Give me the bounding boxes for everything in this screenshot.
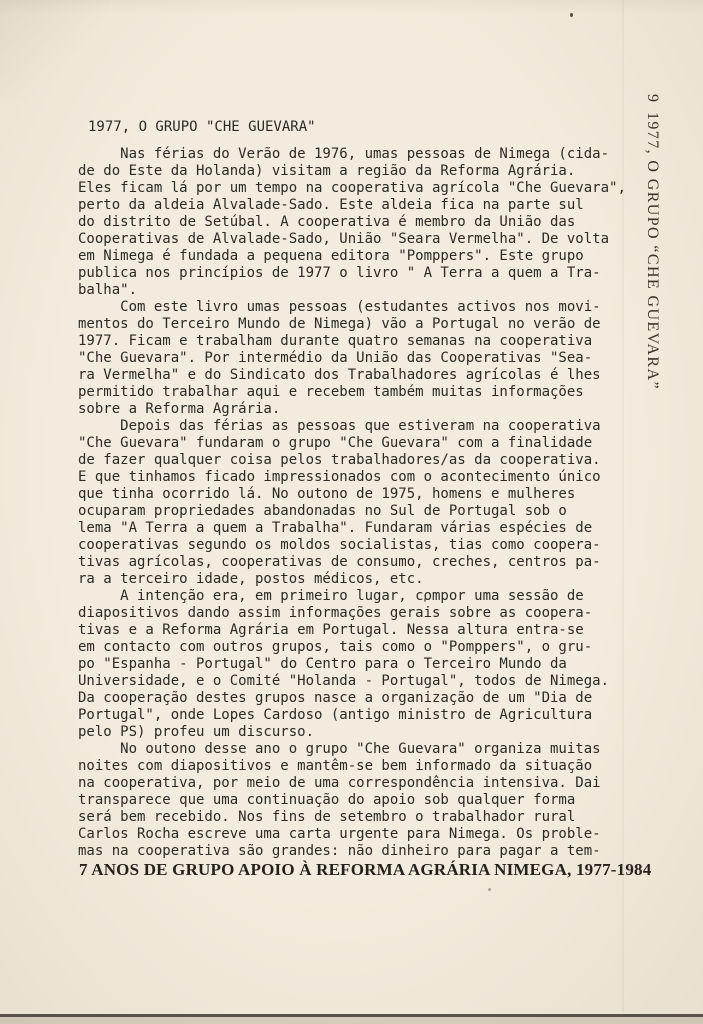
text-line: sobre a Reforma Agrária. bbox=[78, 401, 653, 418]
text-line: de fazer qualquer coisa pelos trabalhado… bbox=[78, 452, 653, 469]
text-line: publica nos princípios de 1977 o livro "… bbox=[78, 265, 653, 282]
text-line: Eles ficam lá por um tempo na cooperativ… bbox=[78, 180, 653, 197]
vertical-running-header: 91977, O GRUPO “CHE GUEVARA” bbox=[643, 94, 661, 654]
scanner-background-strip bbox=[0, 1017, 703, 1024]
scan-speck bbox=[488, 888, 491, 891]
text-line: tivas agrícolas, cooperativas de consumo… bbox=[78, 554, 653, 571]
text-line: Da cooperação destes grupos nasce a orga… bbox=[78, 690, 653, 707]
page-title: 1977, O GRUPO "CHE GUEVARA" bbox=[88, 119, 316, 136]
text-line: Depois das férias as pessoas que estiver… bbox=[78, 418, 653, 435]
text-line: perto da aldeia Alvalade-Sado. Este alde… bbox=[78, 197, 653, 214]
sidebar-running-title: 1977, O GRUPO “CHE GUEVARA” bbox=[644, 112, 661, 390]
text-line: em contacto com outros grupos, tais como… bbox=[78, 639, 653, 656]
text-line: será bem recebido. Nos fins de setembro … bbox=[78, 809, 653, 826]
text-line: cooperativas segundo os moldos socialist… bbox=[78, 537, 653, 554]
text-line: pelo PS) profeu um discurso. bbox=[78, 724, 653, 741]
text-line: A intenção era, em primeiro lugar, compo… bbox=[78, 588, 653, 605]
text-line: Universidade, e o Comité "Holanda - Port… bbox=[78, 673, 653, 690]
text-line: ocuparam propriedades abandonadas no Sul… bbox=[78, 503, 653, 520]
text-line: na cooperativa, por meio de uma correspo… bbox=[78, 775, 653, 792]
text-line: transparece que uma continuação do apoio… bbox=[78, 792, 653, 809]
scan-speck bbox=[424, 598, 426, 602]
text-line: Portugal", onde Lopes Cardoso (antigo mi… bbox=[78, 707, 653, 724]
footer-running-title: 7 ANOS DE GRUPO APOIO À REFORMA AGRÁRIA … bbox=[79, 860, 639, 880]
text-line: ra a terceiro idade, postos médicos, etc… bbox=[78, 571, 653, 588]
text-line: mentos do Terceiro Mundo de Nimega) vão … bbox=[78, 316, 653, 333]
text-line: balha". bbox=[78, 282, 653, 299]
text-line: ra Vermelha" e do Sindicato dos Trabalha… bbox=[78, 367, 653, 384]
text-line: Nas férias do Verão de 1976, umas pessoa… bbox=[78, 146, 653, 163]
text-line: diapositivos dando assim informações ger… bbox=[78, 605, 653, 622]
text-line: do distrito de Setúbal. A cooperativa é … bbox=[78, 214, 653, 231]
text-line: Cooperativas de Alvalade-Sado, União "Se… bbox=[78, 231, 653, 248]
text-line: noites com diapositivos e mantêm-se bem … bbox=[78, 758, 653, 775]
text-line: po "Espanha - Portugal" do Centro para o… bbox=[78, 656, 653, 673]
text-line: de do Este da Holanda) visitam a região … bbox=[78, 163, 653, 180]
text-line: lema "A Terra a quem a Trabalha". Fundar… bbox=[78, 520, 653, 537]
scanned-page: 1977, O GRUPO "CHE GUEVARA" Nas férias d… bbox=[0, 0, 703, 1024]
text-line: "Che Guevara". Por intermédio da União d… bbox=[78, 350, 653, 367]
paper-crease bbox=[622, 0, 624, 1012]
text-line: 1977. Ficam e trabalham durante quatro s… bbox=[78, 333, 653, 350]
text-line: Carlos Rocha escreve uma carta urgente p… bbox=[78, 826, 653, 843]
body-text: Nas férias do Verão de 1976, umas pessoa… bbox=[78, 146, 653, 860]
text-line: "Che Guevara" fundaram o grupo "Che Guev… bbox=[78, 435, 653, 452]
paper-fold-shadow bbox=[0, 0, 110, 100]
text-line: tivas e a Reforma Agrária em Portugal. N… bbox=[78, 622, 653, 639]
page-number: 9 bbox=[644, 94, 661, 103]
text-line: em Nimega é fundada a pequena editora "P… bbox=[78, 248, 653, 265]
text-line: mas na cooperativa são grandes: não dinh… bbox=[78, 843, 653, 860]
text-line: que tinha ocorrido lá. No outono de 1975… bbox=[78, 486, 653, 503]
text-line: E que tinhamos ficado impressionados com… bbox=[78, 469, 653, 486]
text-line: permitido trabalhar aqui e recebem també… bbox=[78, 384, 653, 401]
text-line: Com este livro umas pessoas (estudantes … bbox=[78, 299, 653, 316]
scan-speck bbox=[570, 13, 573, 17]
text-line: No outono desse ano o grupo "Che Guevara… bbox=[78, 741, 653, 758]
